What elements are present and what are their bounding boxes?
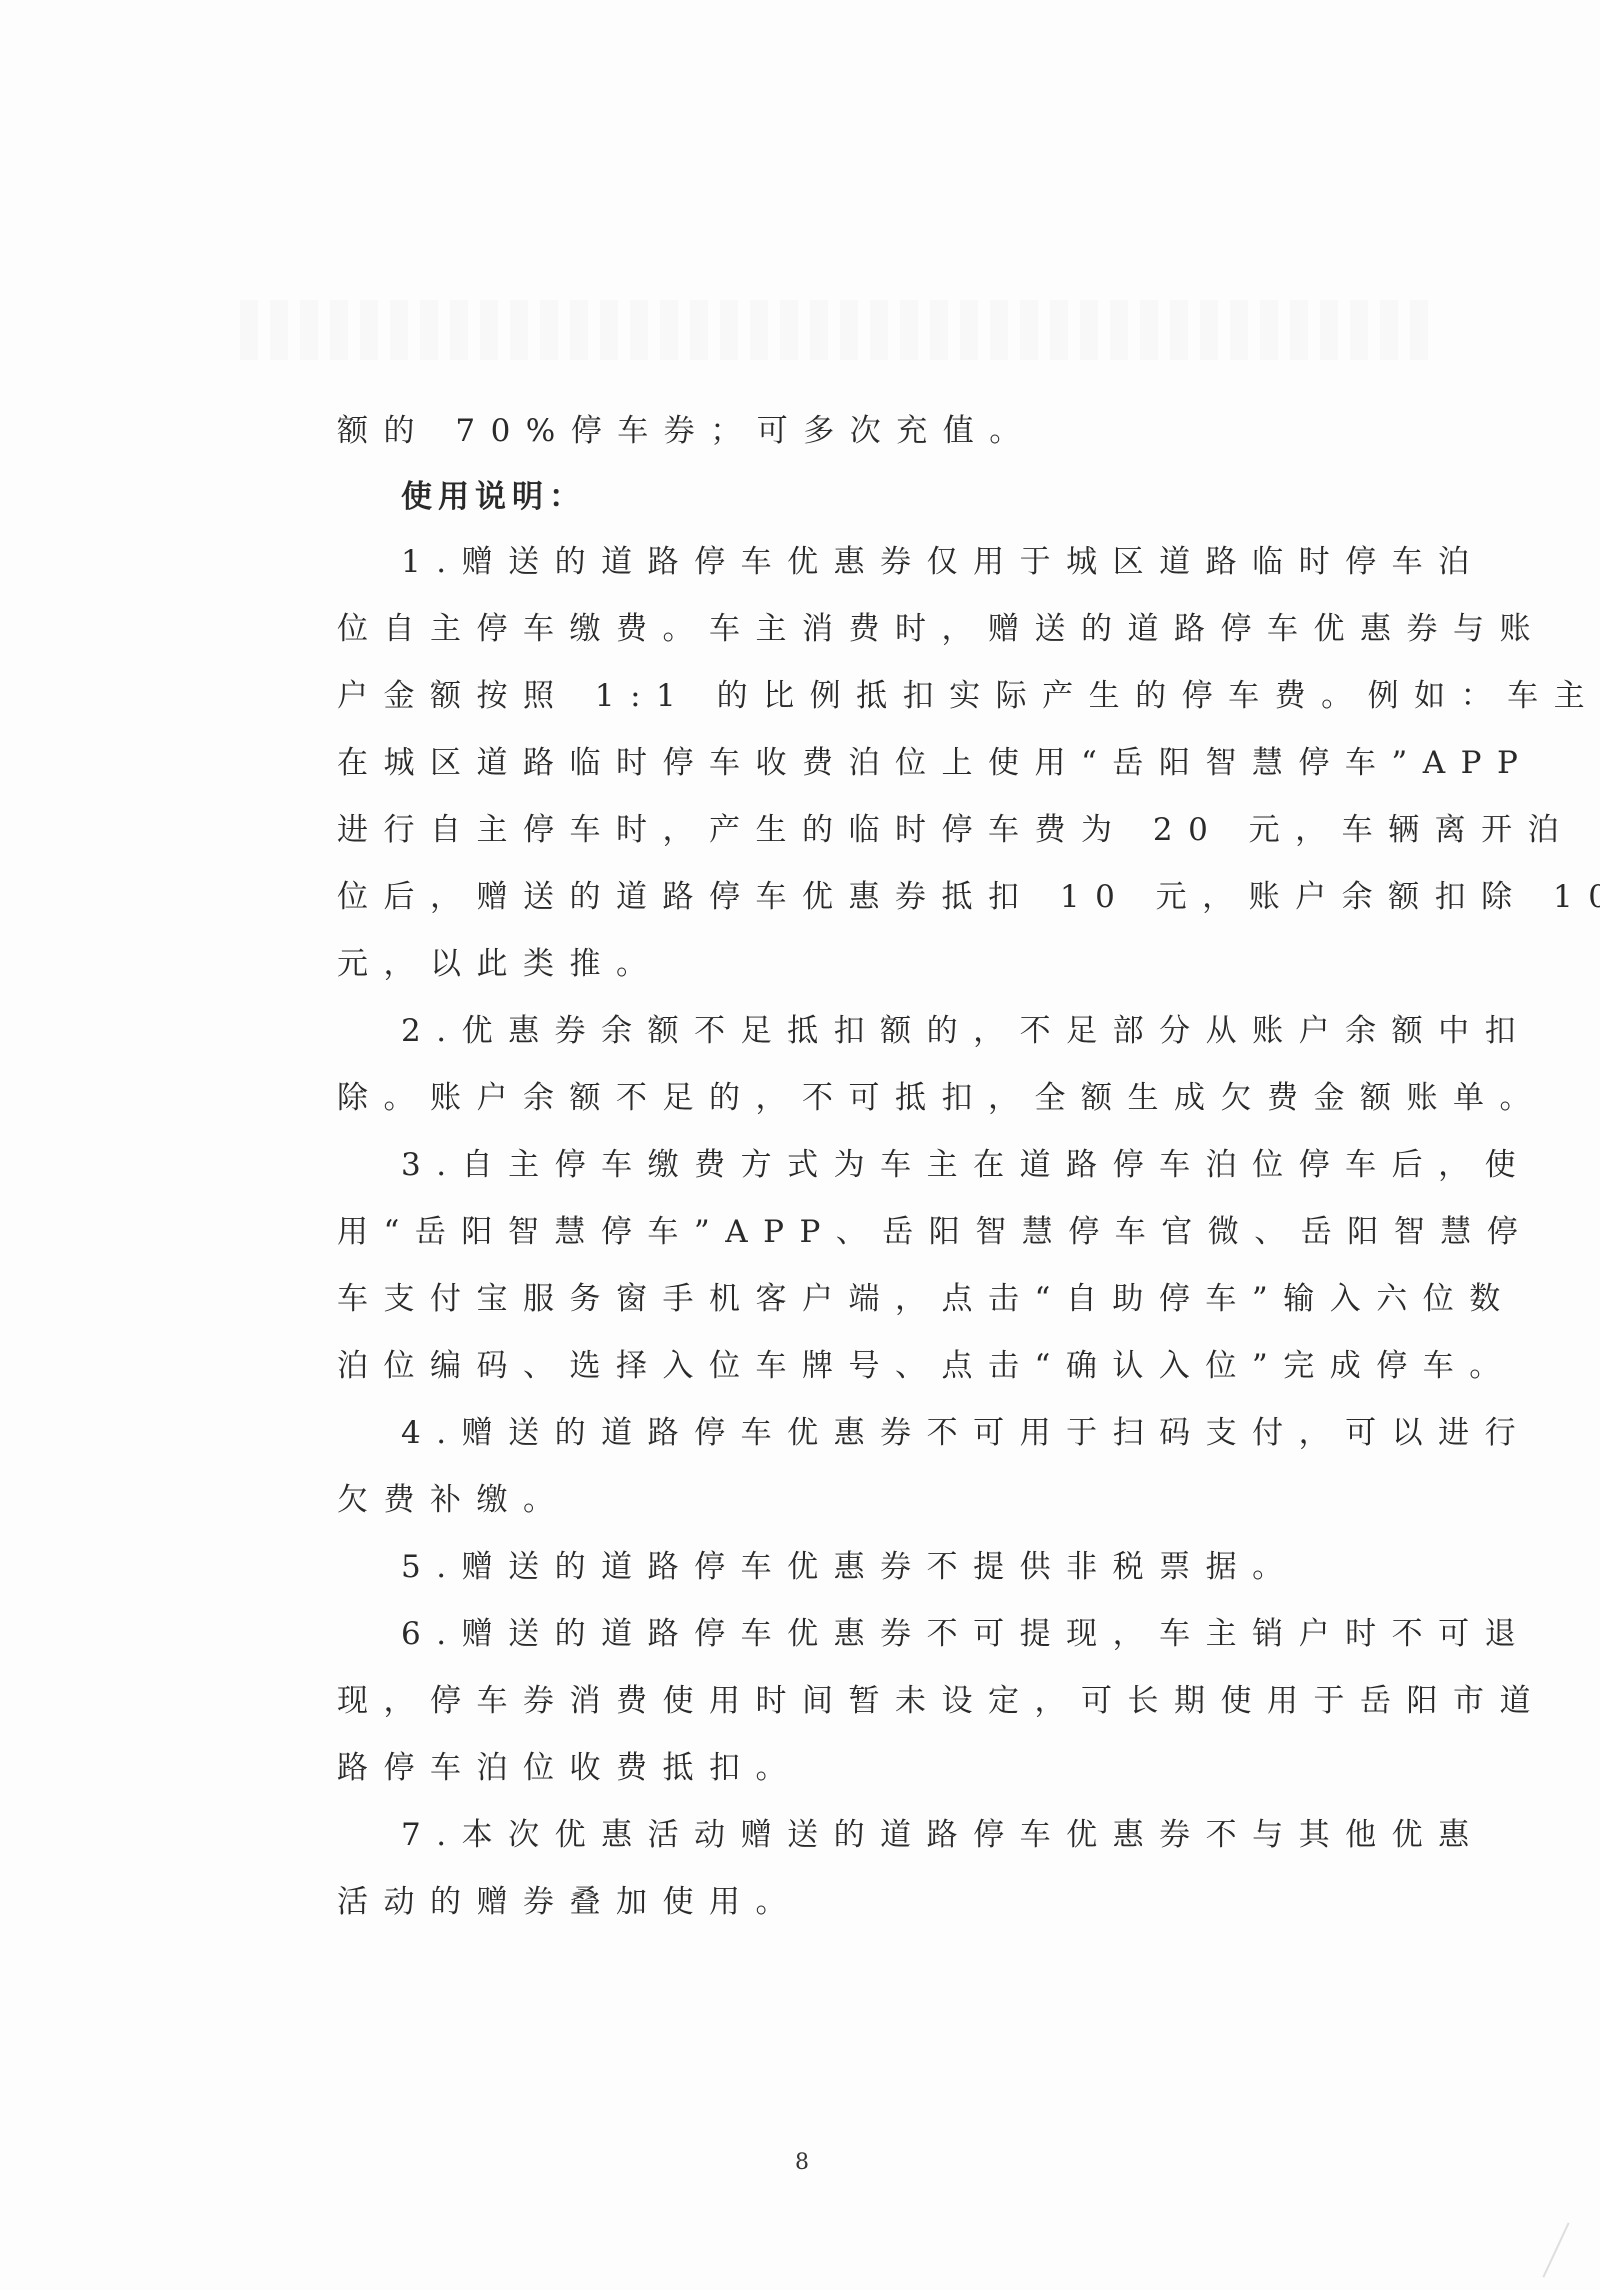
usage-item-3: 3.自主停车缴费方式为车主在道路停车泊位停车后，使 用“岳阳智慧停车”APP、岳… bbox=[337, 1132, 1277, 1400]
scanned-page: 额的 70%停车券；可多次充值。 使用说明： 1.赠送的道路停车优惠券仅用于城区… bbox=[0, 0, 1600, 2290]
paragraph-line: 欠费补缴。 bbox=[337, 1467, 1277, 1534]
paragraph-line: 2.优惠券余额不足抵扣额的，不足部分从账户余额中扣 bbox=[337, 998, 1277, 1065]
paragraph-line: 元，以此类推。 bbox=[337, 931, 1277, 998]
paragraph-line: 1.赠送的道路停车优惠券仅用于城区道路临时停车泊 bbox=[337, 529, 1277, 596]
usage-item-5: 5.赠送的道路停车优惠券不提供非税票据。 bbox=[337, 1534, 1277, 1601]
page-number: 8 bbox=[790, 2150, 814, 2175]
paragraph-line: 5.赠送的道路停车优惠券不提供非税票据。 bbox=[337, 1534, 1277, 1601]
bleed-through-artifact bbox=[240, 300, 1440, 360]
usage-item-6: 6.赠送的道路停车优惠券不可提现，车主销户时不可退 现，停车券消费使用时间暂未设… bbox=[337, 1601, 1277, 1802]
paragraph-line: 4.赠送的道路停车优惠券不可用于扫码支付，可以进行 bbox=[337, 1400, 1277, 1467]
paragraph-line: 泊位编码、选择入位车牌号、点击“确认入位”完成停车。 bbox=[337, 1333, 1277, 1400]
document-body: 额的 70%停车券；可多次充值。 使用说明： 1.赠送的道路停车优惠券仅用于城区… bbox=[337, 398, 1277, 1936]
usage-item-7: 7.本次优惠活动赠送的道路停车优惠券不与其他优惠 活动的赠券叠加使用。 bbox=[337, 1802, 1277, 1936]
paragraph-line: 现，停车券消费使用时间暂未设定，可长期使用于岳阳市道 bbox=[337, 1668, 1277, 1735]
paragraph-line: 用“岳阳智慧停车”APP、岳阳智慧停车官微、岳阳智慧停 bbox=[337, 1199, 1277, 1266]
usage-item-2: 2.优惠券余额不足抵扣额的，不足部分从账户余额中扣 除。账户余额不足的，不可抵扣… bbox=[337, 998, 1277, 1132]
paragraph-line: 户金额按照 1:1 的比例抵扣实际产生的停车费。例如：车主 bbox=[337, 663, 1277, 730]
paragraph-line: 7.本次优惠活动赠送的道路停车优惠券不与其他优惠 bbox=[337, 1802, 1277, 1869]
paragraph-line: 位后，赠送的道路停车优惠券抵扣 10 元，账户余额扣除 10 bbox=[337, 864, 1277, 931]
scan-artifact bbox=[1542, 2222, 1569, 2277]
usage-item-1: 1.赠送的道路停车优惠券仅用于城区道路临时停车泊 位自主停车缴费。车主消费时，赠… bbox=[337, 529, 1277, 998]
paragraph-line: 进行自主停车时，产生的临时停车费为 20 元，车辆离开泊 bbox=[337, 797, 1277, 864]
section-heading: 使用说明： bbox=[337, 465, 1277, 529]
usage-item-4: 4.赠送的道路停车优惠券不可用于扫码支付，可以进行 欠费补缴。 bbox=[337, 1400, 1277, 1534]
paragraph-line: 路停车泊位收费抵扣。 bbox=[337, 1735, 1277, 1802]
paragraph-line: 3.自主停车缴费方式为车主在道路停车泊位停车后，使 bbox=[337, 1132, 1277, 1199]
continuation-line: 额的 70%停车券；可多次充值。 bbox=[337, 398, 1277, 465]
paragraph-line: 6.赠送的道路停车优惠券不可提现，车主销户时不可退 bbox=[337, 1601, 1277, 1668]
paragraph-line: 在城区道路临时停车收费泊位上使用“岳阳智慧停车”APP bbox=[337, 730, 1277, 797]
paragraph-line: 除。账户余额不足的，不可抵扣，全额生成欠费金额账单。 bbox=[337, 1065, 1277, 1132]
paragraph-line: 车支付宝服务窗手机客户端，点击“自助停车”输入六位数 bbox=[337, 1266, 1277, 1333]
paragraph-line: 活动的赠券叠加使用。 bbox=[337, 1869, 1277, 1936]
paragraph-line: 位自主停车缴费。车主消费时，赠送的道路停车优惠券与账 bbox=[337, 596, 1277, 663]
